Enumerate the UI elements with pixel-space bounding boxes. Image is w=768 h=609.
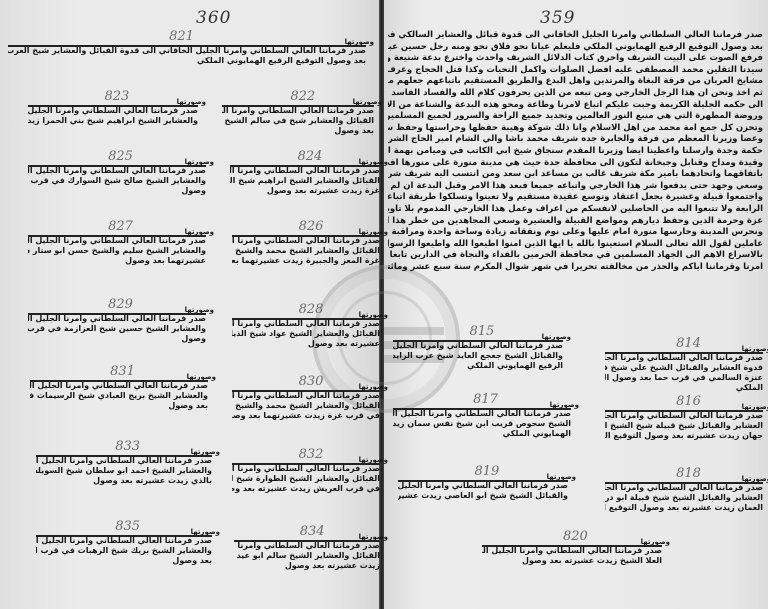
body-line: عزة وحرمة الدين وحفظ ديارهم ومواضع القبي… <box>388 216 763 228</box>
entry-line: صدر فرماننا العالي السلطاني وامرنا الجلي… <box>605 411 763 421</box>
body-line: وسعي وجهد حتى يدفعوا شر هذا الخارجي واتب… <box>388 181 763 193</box>
entry-number: 831 <box>110 364 135 379</box>
entry-line: صدر فرماننا العالي السلطاني وامرنا الجلي… <box>28 236 206 246</box>
entry-line: صدر فرماننا العالي السلطاني وامرنا الجلي… <box>8 46 366 56</box>
entry-line: صدر فرماننا العالي السلطاني وامرنا الجلي… <box>28 106 198 116</box>
entry-line: صدر فرماننا العالي السلطاني وامرنا الجلي… <box>36 536 212 546</box>
body-line: باتفاقهما واتحادهما بامير مكة شريف غالب … <box>388 169 763 181</box>
entry-line: وصول <box>181 186 206 196</box>
entry-line: زيدت عشيرته بعد وصول <box>285 561 380 571</box>
entry-line: بعد وصول التوقيع الرفيع الهمايوني الملكي <box>8 56 366 66</box>
decree-entry: 829وصورتهاصدر فرماننا العالي السلطاني وا… <box>28 297 206 349</box>
entry-line: صدر فرماننا العالي السلطاني وامرنا الجلي… <box>28 166 206 176</box>
entry-line: القبائل والعشاير الشيخ محمد والشيخ محمد … <box>232 246 380 256</box>
entry-line: صدر فرماننا العالي السلطاني وامرنا الجلي… <box>30 381 208 391</box>
entry-line: وصول <box>181 334 206 344</box>
decree-entry: 818وصورتهاصدر فرماننا العالي السلطاني وا… <box>605 466 763 518</box>
entry-line: الملكي <box>736 383 763 393</box>
entry-line: صدر فرماننا العالي السلطاني وامرنا الجلي… <box>222 106 374 116</box>
entry-number: 825 <box>108 149 133 164</box>
body-line: مشايخ العربان من فرقة البغاة والمرتدين و… <box>388 76 763 88</box>
entry-line: صدر فرماننا العالي السلطاني وامرنا الجلي… <box>232 236 380 246</box>
decree-entry: 820وصورتهاصدر فرماننا العالي السلطاني وا… <box>482 529 662 571</box>
entry-line: بعد وصول <box>168 401 208 411</box>
entry-number: 822 <box>290 89 315 104</box>
entry-number: 830 <box>299 374 324 389</box>
left-page-number: 360 <box>196 8 231 28</box>
entry-line: الرفيع الهمايوني الملكي <box>467 361 563 371</box>
decree-entry: 828وصورتهاصدر فرماننا العالي السلطاني وا… <box>232 302 380 354</box>
body-line: ونحرس المدينة وحارسها منورة امام عليها و… <box>388 227 763 239</box>
entry-line: صدر فرماننا العالي السلطاني وامرنا الجلي… <box>605 483 763 493</box>
entry-line: والعشاير الشيخ احمد ابو سلطان شيخ السويل… <box>36 466 212 476</box>
body-line: سيدنا الثقلين محمد المصطفى عليه افضل الص… <box>388 65 763 77</box>
body-line: وعضا وزيرنا المعظم من فرقة والجابرة جده … <box>388 134 763 146</box>
entry-line: القبائل والعشاير الشيخ الطوارة شيخ ارج ا… <box>232 474 380 484</box>
decree-entry: 830وصورتهاصدر فرماننا العالي السلطاني وا… <box>232 374 380 426</box>
body-line: بالاسراع الاهم الى الجهاد المسلمين في مح… <box>388 250 763 262</box>
entry-line: العمان زيدت عشيرته بعد وصول التوقيع الرف… <box>605 503 763 513</box>
body-line: حكمة وجدة وارسلنا واعطينا ايضا وزيرنا ال… <box>388 146 763 158</box>
manuscript-spread: 360 359 صدر فرماننا العالي السلطاني وامر… <box>0 0 768 609</box>
body-line: فرفع الصوت على البيت الشريف واحرق كتاب ا… <box>388 53 763 65</box>
entry-line: صدر فرماننا العالي السلطاني وامرنا الجلي… <box>234 541 380 551</box>
entry-line: صدر فرماننا العالي السلطاني وامرنا الجلي… <box>232 391 380 401</box>
entry-line: والعشاير الشيخ ابراهيم شيخ بني الحمرا زي… <box>28 116 198 126</box>
entry-line: صدر فرماننا العالي السلطاني وامرنا الجلي… <box>28 314 206 324</box>
body-line: صدر فرماننا العالي السلطاني وامرنا الجلي… <box>388 30 763 42</box>
body-line: ثم اخذ ونحن ان هذا الرجل الخارجي ومن تبع… <box>388 88 763 100</box>
entry-line: والعشاير الشيخ سليم والشيخ حسن ابو ستار … <box>28 246 206 256</box>
entry-line: والقبائل الشيخ شيخ ابو العاصي زيدت عشيرت… <box>398 491 568 501</box>
decree-entry: 834وصورتهاصدر فرماننا العالي السلطاني وا… <box>234 524 380 576</box>
entry-line: عشيرته بعد وصول <box>308 339 380 349</box>
entry-number: 826 <box>299 219 324 234</box>
entry-line: صدر فرماننا العالي السلطاني وامرنا الجلي… <box>398 481 568 491</box>
entry-line: غزة المعز والجبيرة زيدت عشيرتهما بعد وصو… <box>232 256 380 266</box>
entry-number: 829 <box>108 297 133 312</box>
entry-line: والعشاير الشيخ بريك شيخ الرهبات في قرب ا… <box>36 546 212 556</box>
entry-number: 823 <box>105 89 130 104</box>
entry-line: جهان زيدت عشيرته بعد وصول التوقيع الرفيع… <box>605 431 763 441</box>
entry-line: في قرب العريش زيدت عشيرته بعد وصول <box>232 484 380 494</box>
entry-line: في قرب غزة زيدت عشيرتهما بعد وصول <box>232 411 380 421</box>
body-line: الرابعة ولا تتبعوا اليه من الحاصلين لانف… <box>388 204 763 216</box>
entry-number: 814 <box>676 336 701 351</box>
entry-line: العشاير والقبائل شيخ قبيلة شيخ الشيخ الخ… <box>605 421 763 431</box>
entry-line: صدر فرماننا العالي السلطاني وامرنا الجلي… <box>393 409 571 419</box>
decree-entry: 821وصورتهاصدر فرماننا العالي السلطاني وا… <box>8 29 366 71</box>
entry-line: بعد وصول <box>172 556 212 566</box>
entry-number: 816 <box>676 394 701 409</box>
entry-line: غزة زيدت عشيرته بعد وصول <box>267 186 380 196</box>
right-page-number: 359 <box>540 8 575 28</box>
decree-entry: 832وصورتهاصدر فرماننا العالي السلطاني وا… <box>232 447 380 499</box>
entry-line: عشيرتهما بعد وصول <box>125 256 206 266</box>
decree-entry: 823وصورتهاصدر فرماننا العالي السلطاني وا… <box>28 89 198 131</box>
entry-line: القبائل والعشاير الشيخ ابراهيم شيخ العمد… <box>230 176 380 186</box>
entry-number: 820 <box>563 529 588 544</box>
entry-line: قدوة العشاير والقبائل الشيخ علي شيخ قبيل… <box>605 363 763 373</box>
entry-number: 821 <box>169 29 194 44</box>
body-line: امرنا وقرماننا اياكم والحذر من مخالفته ت… <box>388 262 763 274</box>
body-line: الى حكمه الجليلة الكريمة وجبت عليكم اتبا… <box>388 100 763 112</box>
decree-entry: 827وصورتهاصدر فرماننا العالي السلطاني وا… <box>28 219 206 271</box>
decree-entry: 822وصورتهاصدر فرماننا العالي السلطاني وا… <box>222 89 374 141</box>
entry-number: 818 <box>676 466 701 481</box>
decree-entry: 825وصورتهاصدر فرماننا العالي السلطاني وا… <box>28 149 206 201</box>
entry-line: والعشاير الشيخ حسين شيخ العزازمة في قرب … <box>28 324 206 334</box>
body-line: عاملين لقول الله تعالى السلام استعينوا ب… <box>388 239 763 251</box>
entry-line: الشيخ سحوص قريب ابن شيخ نفس سمان زيدت عش… <box>393 419 571 429</box>
entry-line: القبائل والعشاير شيخ في سالم الشيخ زيدت … <box>222 116 374 126</box>
body-line: وروضة المطهرة التي هي منبع النور العالمي… <box>388 111 763 123</box>
decree-entry: 835وصورتهاصدر فرماننا العالي السلطاني وا… <box>36 519 212 571</box>
decree-entry: 816وصورتهاصدر فرماننا العالي السلطاني وا… <box>605 394 763 446</box>
entry-line: العلا الشيخ زيدت عشيرته بعد وصول <box>482 556 662 566</box>
entry-number: 834 <box>300 524 325 539</box>
entry-line: والقبائل الشيخ جعجع العايد شيخ عرب الزاي… <box>393 351 563 361</box>
entry-number: 824 <box>298 149 323 164</box>
entry-line: صدر فرماننا العالي السلطاني وامرنا الجلي… <box>605 353 763 363</box>
entry-number: 819 <box>475 464 500 479</box>
entry-line: صدر فرماننا العالي السلطاني وامرنا الجلي… <box>482 546 662 556</box>
entry-line: صدر فرماننا العالي السلطاني وامرنا الجلي… <box>232 319 380 329</box>
body-line: واجتمعوا قبيلة وعشيرة بجعل اعتقاد وتوسع … <box>388 192 763 204</box>
entry-number: 828 <box>299 302 324 317</box>
entry-number: 827 <box>108 219 133 234</box>
entry-line: الهمايوني الملكي <box>503 429 571 439</box>
entry-line: صدر فرماننا العالي السلطاني وامرنا الجلي… <box>393 341 563 351</box>
entry-number: 832 <box>299 447 324 462</box>
decree-entry: 815وصورتهاصدر فرماننا العالي السلطاني وا… <box>393 324 563 376</box>
decree-entry: 819وصورتهاصدر فرماننا العالي السلطاني وا… <box>398 464 568 506</box>
decree-entry: 831وصورتهاصدر فرماننا العالي السلطاني وا… <box>30 364 208 416</box>
entry-line: والعشاير الشيخ بريج العبادي شيخ الرسيمات… <box>30 391 208 401</box>
entry-number: 833 <box>115 439 140 454</box>
decree-entry: 826وصورتهاصدر فرماننا العالي السلطاني وا… <box>232 219 380 271</box>
entry-line: صدر فرماننا العالي السلطاني وامرنا الجلي… <box>230 166 380 176</box>
entry-line: صدر فرماننا العالي السلطاني وامرنا الجلي… <box>36 456 212 466</box>
entry-line: القبائل والعشاير الشيخ محمد والشيخ سلمان… <box>232 401 380 411</box>
entry-number: 835 <box>115 519 140 534</box>
body-line: بعد وصول التوقيع الرفيع الهمايوني الملكي… <box>388 42 763 54</box>
entry-line: عنزة السالمي في قرب حما بعد وصول التوقيع… <box>605 373 763 383</box>
entry-line: القبائل والعشاير الشيخ سالم ابو عيد شيخ … <box>234 551 380 561</box>
body-line: وقيدة ومداح وقنابل وجبخانة لتكون الى محا… <box>388 158 763 170</box>
entry-line: بالذي زيدت عشيرته بعد وصول <box>93 476 212 486</box>
entry-line: صدر فرماننا العالي السلطاني وامرنا الجلي… <box>232 464 380 474</box>
right-page-body: صدر فرماننا العالي السلطاني وامرنا الجلي… <box>388 30 763 273</box>
entry-line: القبائل والعشاير الشيخ عواد شيخ الذيابي … <box>232 329 380 339</box>
decree-entry: 817وصورتهاصدر فرماننا العالي السلطاني وا… <box>393 392 571 444</box>
entry-number: 817 <box>473 392 498 407</box>
entry-line: العشاير والقبائل الشيخ شيخ قبيلة ابو درا… <box>605 493 763 503</box>
entry-line: والعشاير الشيخ صالح شيخ السوارك في قرب ا… <box>28 176 206 186</box>
entry-line: بعد وصول <box>334 126 374 136</box>
body-line: وتحزن كل جمع امة محمد من اهل الاسلام وان… <box>388 123 763 135</box>
decree-entry: 833وصورتهاصدر فرماننا العالي السلطاني وا… <box>36 439 212 491</box>
decree-entry: 814وصورتهاصدر فرماننا العالي السلطاني وا… <box>605 336 763 398</box>
entry-number: 815 <box>470 324 495 339</box>
decree-entry: 824وصورتهاصدر فرماننا العالي السلطاني وا… <box>230 149 380 201</box>
